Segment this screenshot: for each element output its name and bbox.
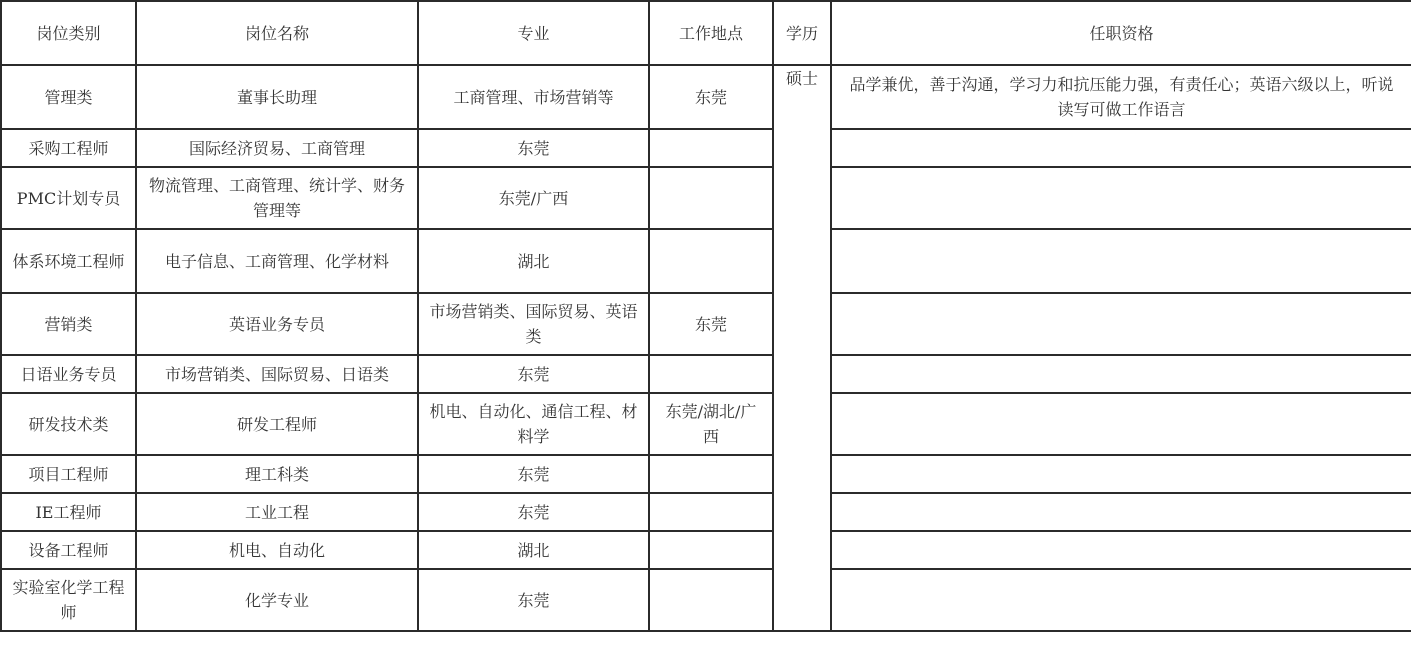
cell-major: 国际经济贸易、工商管理 xyxy=(136,129,418,167)
cell-position: 研发工程师 xyxy=(136,393,418,455)
cell-location: 湖北 xyxy=(418,229,649,293)
table-row: 研发技术类 研发工程师 机电、自动化、通信工程、材料学 东莞/湖北/广西 xyxy=(1,393,1411,455)
cell-location: 东莞 xyxy=(418,455,649,493)
cell-empty xyxy=(649,531,773,569)
table-header-row: 岗位类别 岗位名称 专业 工作地点 学历 任职资格 xyxy=(1,1,1411,65)
cell-position: 采购工程师 xyxy=(1,129,136,167)
cell-major: 物流管理、工商管理、统计学、财务管理等 xyxy=(136,167,418,229)
cell-empty xyxy=(649,167,773,229)
cell-major: 理工科类 xyxy=(136,455,418,493)
cell-major: 工业工程 xyxy=(136,493,418,531)
header-location: 工作地点 xyxy=(649,1,773,65)
table-row: PMC计划专员 物流管理、工商管理、统计学、财务管理等 东莞/广西 xyxy=(1,167,1411,229)
cell-position: 实验室化学工程师 xyxy=(1,569,136,631)
job-openings-table: 岗位类别 岗位名称 专业 工作地点 学历 任职资格 管理类 董事长助理 工商管理… xyxy=(0,0,1411,632)
cell-empty xyxy=(649,455,773,493)
table-row: 体系环境工程师 电子信息、工商管理、化学材料 湖北 xyxy=(1,229,1411,293)
cell-major: 化学专业 xyxy=(136,569,418,631)
cell-requirements: 品学兼优，善于沟通，学习力和抗压能力强，有责任心；英语六级以上，听说读写可做工作… xyxy=(831,65,1411,129)
cell-empty xyxy=(649,355,773,393)
cell-major: 市场营销类、国际贸易、日语类 xyxy=(136,355,418,393)
table-row: 管理类 董事长助理 工商管理、市场营销等 东莞 硕士 品学兼优，善于沟通，学习力… xyxy=(1,65,1411,129)
cell-major: 工商管理、市场营销等 xyxy=(418,65,649,129)
cell-position: 体系环境工程师 xyxy=(1,229,136,293)
table-row: 设备工程师 机电、自动化 湖北 xyxy=(1,531,1411,569)
cell-position: 英语业务专员 xyxy=(136,293,418,355)
cell-position: 设备工程师 xyxy=(1,531,136,569)
cell-location: 东莞 xyxy=(418,129,649,167)
cell-position: 董事长助理 xyxy=(136,65,418,129)
table-row: 实验室化学工程师 化学专业 东莞 xyxy=(1,569,1411,631)
cell-position: PMC计划专员 xyxy=(1,167,136,229)
cell-empty xyxy=(649,129,773,167)
cell-empty xyxy=(649,493,773,531)
cell-location: 东莞 xyxy=(418,493,649,531)
cell-major: 电子信息、工商管理、化学材料 xyxy=(136,229,418,293)
table-row: 营销类 英语业务专员 市场营销类、国际贸易、英语类 东莞 xyxy=(1,293,1411,355)
cell-major: 市场营销类、国际贸易、英语类 xyxy=(418,293,649,355)
cell-category: 管理类 xyxy=(1,65,136,129)
table-row: 项目工程师 理工科类 东莞 xyxy=(1,455,1411,493)
cell-empty xyxy=(831,569,1411,631)
cell-empty xyxy=(831,355,1411,393)
cell-location: 东莞 xyxy=(418,569,649,631)
table-row: 日语业务专员 市场营销类、国际贸易、日语类 东莞 xyxy=(1,355,1411,393)
header-major: 专业 xyxy=(418,1,649,65)
cell-empty xyxy=(831,293,1411,355)
cell-location: 湖北 xyxy=(418,531,649,569)
cell-major: 机电、自动化 xyxy=(136,531,418,569)
cell-major: 机电、自动化、通信工程、材料学 xyxy=(418,393,649,455)
cell-education: 硕士 xyxy=(773,65,831,631)
table-row: 采购工程师 国际经济贸易、工商管理 东莞 xyxy=(1,129,1411,167)
cell-location: 东莞 xyxy=(418,355,649,393)
header-education: 学历 xyxy=(773,1,831,65)
cell-category: 营销类 xyxy=(1,293,136,355)
cell-position: 项目工程师 xyxy=(1,455,136,493)
cell-category: 研发技术类 xyxy=(1,393,136,455)
header-requirements: 任职资格 xyxy=(831,1,1411,65)
cell-empty xyxy=(649,569,773,631)
cell-location: 东莞 xyxy=(649,65,773,129)
cell-empty xyxy=(831,393,1411,455)
cell-empty xyxy=(831,531,1411,569)
cell-empty xyxy=(649,229,773,293)
cell-empty xyxy=(831,493,1411,531)
cell-empty xyxy=(831,229,1411,293)
header-category: 岗位类别 xyxy=(1,1,136,65)
cell-location: 东莞/湖北/广西 xyxy=(649,393,773,455)
cell-empty xyxy=(831,167,1411,229)
table-row: IE工程师 工业工程 东莞 xyxy=(1,493,1411,531)
cell-empty xyxy=(831,455,1411,493)
education-value: 硕士 xyxy=(778,66,826,91)
cell-location: 东莞 xyxy=(649,293,773,355)
cell-position: IE工程师 xyxy=(1,493,136,531)
cell-position: 日语业务专员 xyxy=(1,355,136,393)
cell-empty xyxy=(831,129,1411,167)
cell-location: 东莞/广西 xyxy=(418,167,649,229)
header-position: 岗位名称 xyxy=(136,1,418,65)
